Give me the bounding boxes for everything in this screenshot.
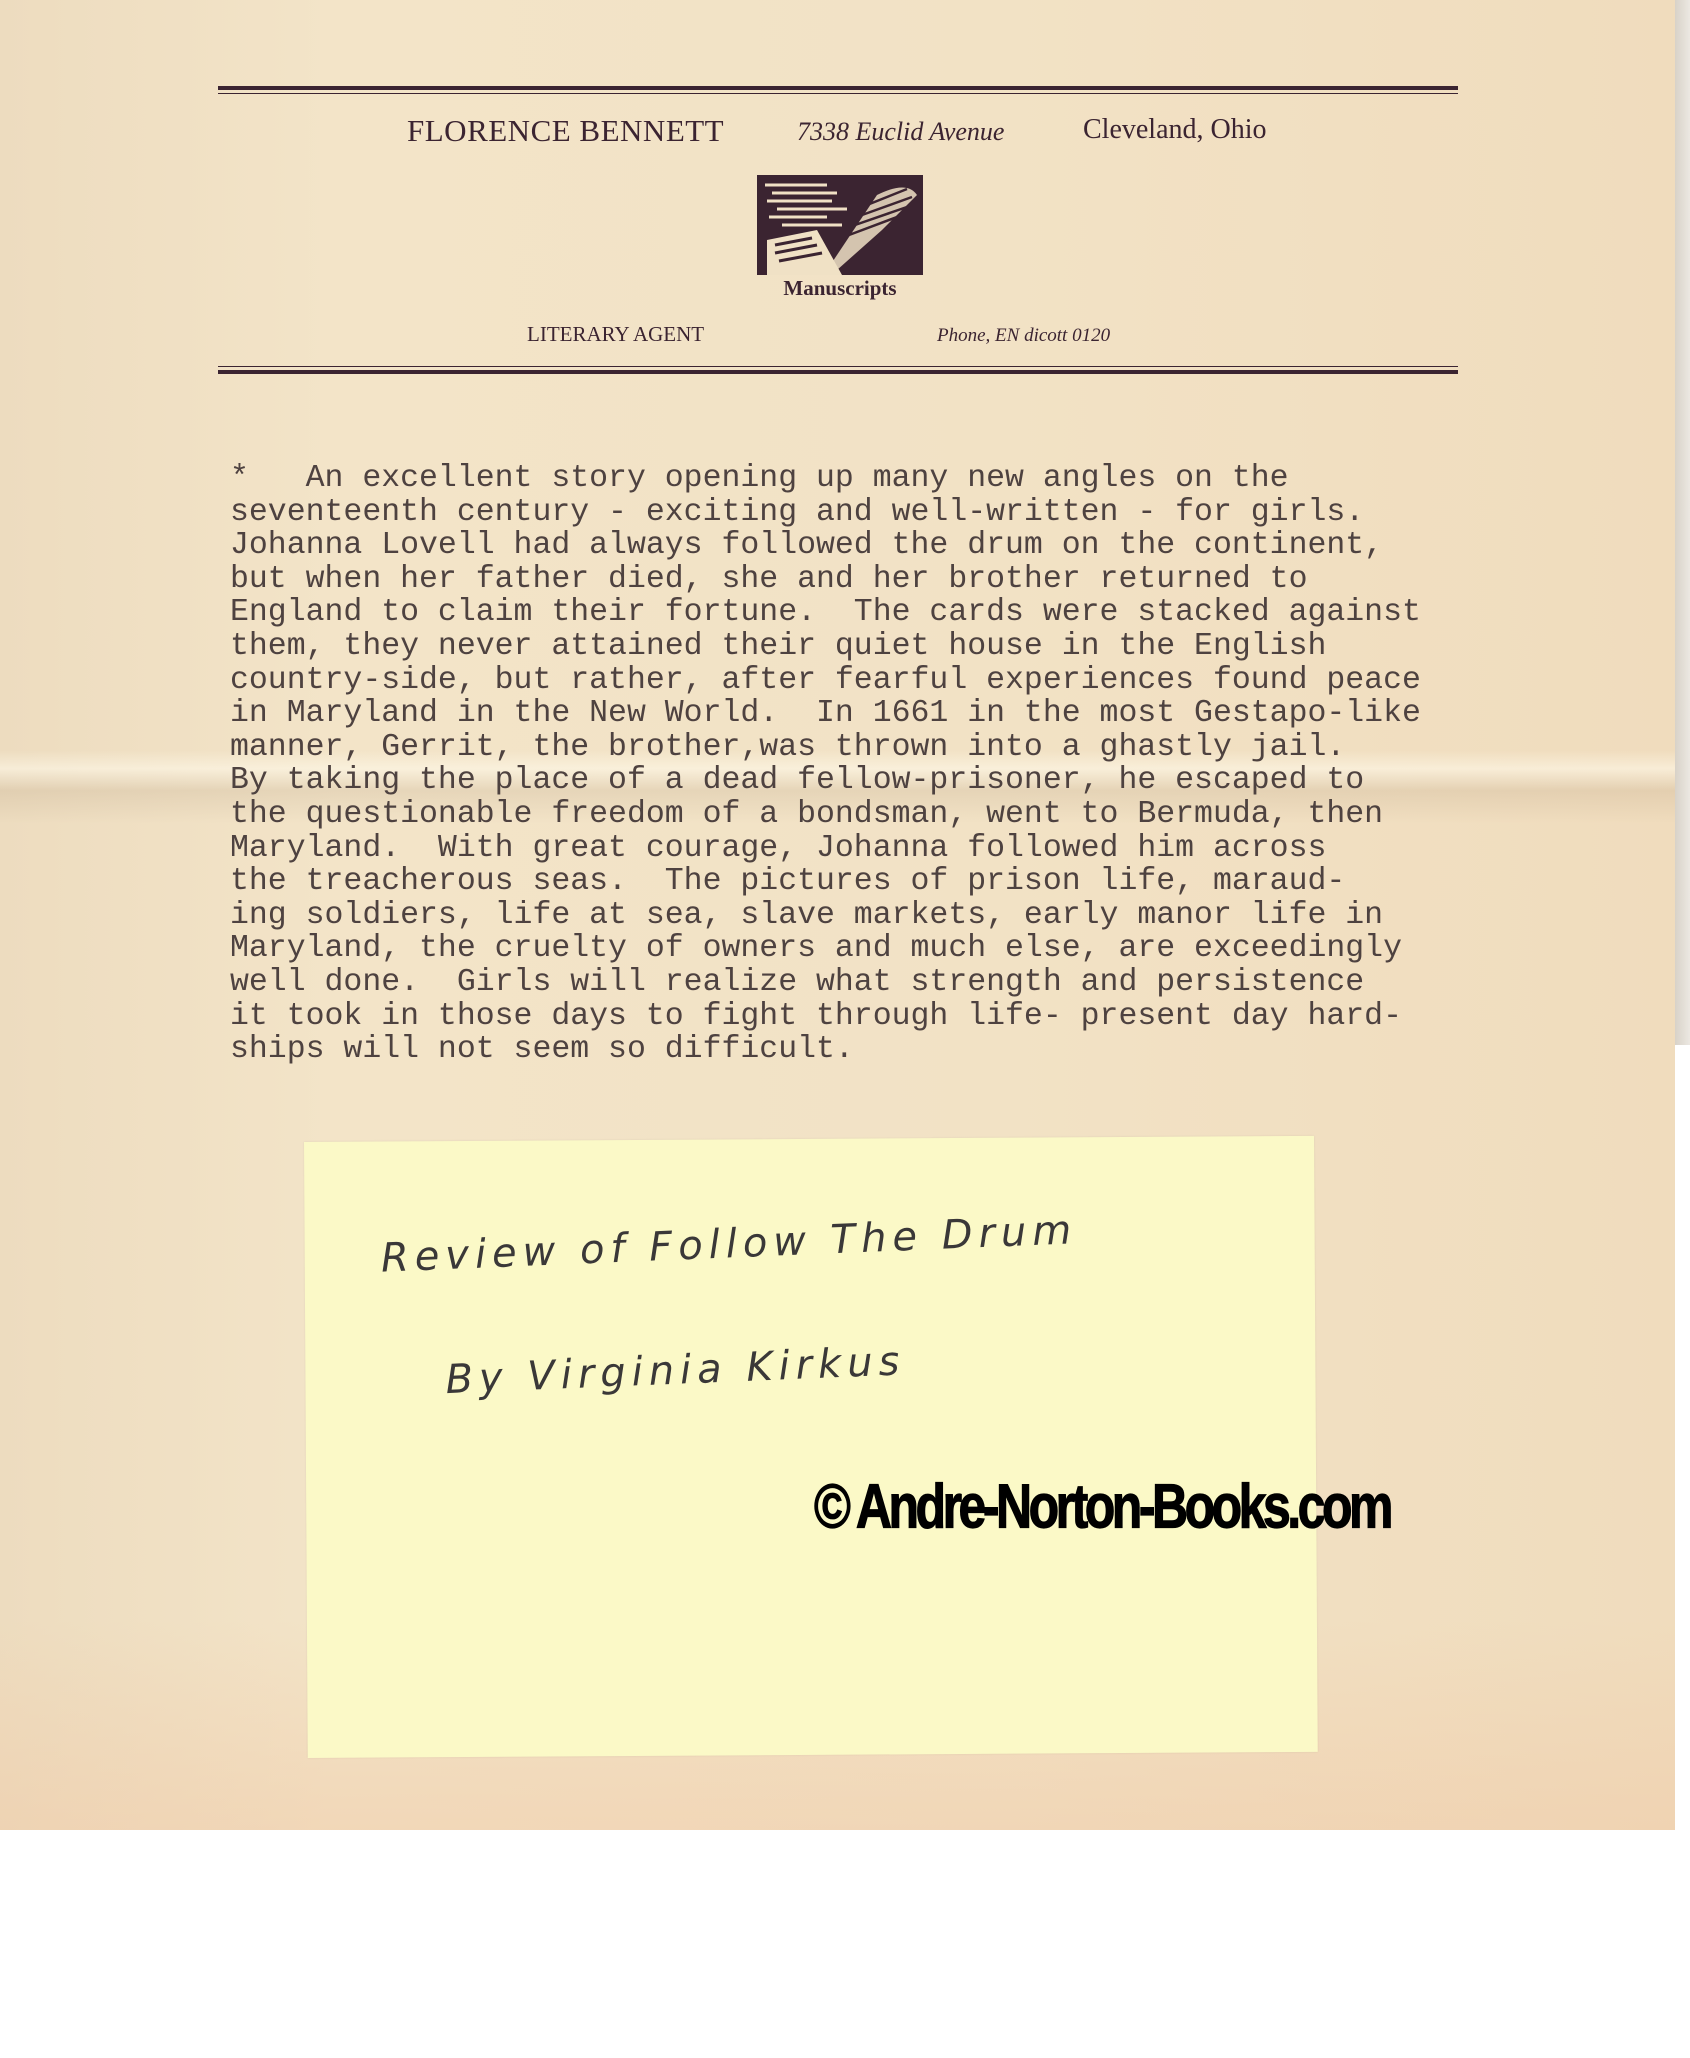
- sticky-note: Review of Follow The Drum By Virginia Ki…: [304, 1136, 1318, 1758]
- agent-street: 7338 Euclid Avenue: [797, 117, 1004, 147]
- agent-city: Cleveland, Ohio: [1083, 114, 1267, 146]
- letterhead-bottom-rule: [218, 366, 1458, 374]
- agent-phone: Phone, EN dicott 0120: [937, 325, 1110, 347]
- svg-text:Manuscripts: Manuscripts: [783, 276, 896, 300]
- agent-role: LITERARY AGENT: [527, 322, 704, 347]
- sticky-note-author: By Virginia Kirkus: [445, 1338, 907, 1403]
- letterhead-top-rule: [218, 86, 1458, 94]
- quill-manuscript-logo-icon: Manuscripts: [757, 175, 923, 300]
- agent-name: FLORENCE BENNETT: [407, 113, 724, 149]
- sticky-note-title: Review of Follow The Drum: [380, 1207, 1078, 1282]
- review-text: * An excellent story opening up many new…: [230, 462, 1690, 1067]
- copyright-watermark: © Andre-Norton-Books.com: [814, 1470, 1390, 1543]
